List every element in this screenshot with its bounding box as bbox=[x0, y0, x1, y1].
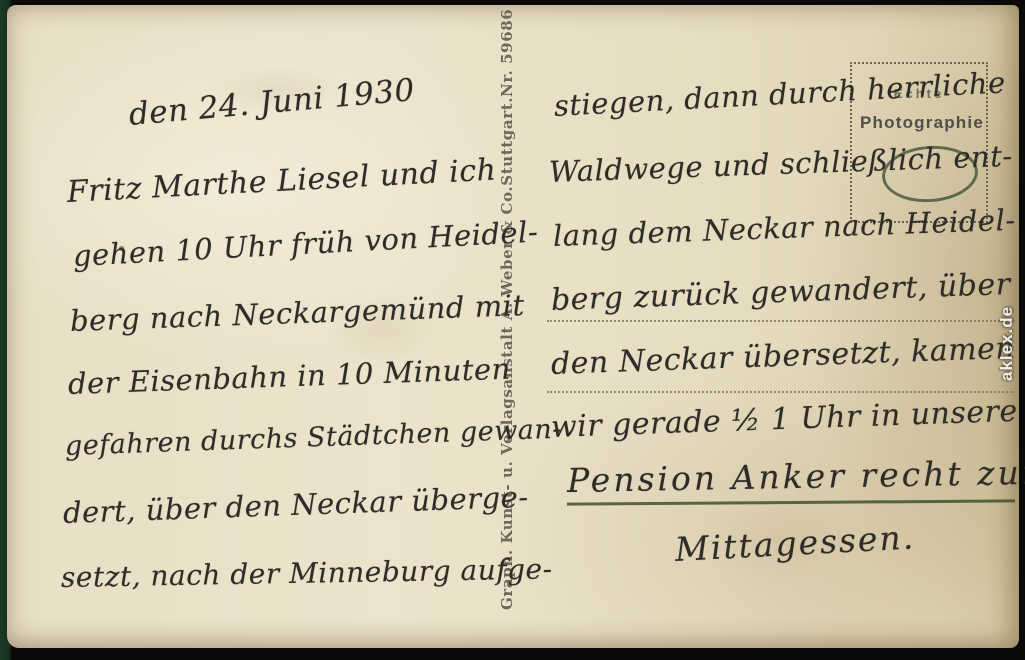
message-line-right-4: berg zurück gewandert, über bbox=[550, 267, 1011, 318]
message-line-left-3: berg nach Neckargemünd mit bbox=[69, 288, 525, 338]
message-line-left-1: Fritz Marthe Liesel und ich bbox=[66, 153, 497, 210]
address-line-1 bbox=[547, 320, 1015, 322]
message-line-right-6: wir gerade ½ 1 Uhr in unsere bbox=[550, 394, 1018, 445]
message-line-left-2: gehen 10 Uhr früh von Heidel- bbox=[72, 215, 539, 273]
publisher-number: Nr. 59686 bbox=[498, 9, 516, 97]
message-line-left-5: gefahren durchs Städtchen gewan- bbox=[64, 414, 562, 462]
message-line-left-7: setzt, nach der Minneburg aufge- bbox=[61, 552, 553, 594]
message-line-right-7: Pension Anker recht zum bbox=[567, 452, 1025, 500]
publisher-city: Stuttgart. bbox=[498, 97, 516, 186]
scan-background: Echte Photographie Graph. Kunst- u. Verl… bbox=[0, 0, 1025, 660]
message-line-right-5: den Neckar übersetzt, kamen bbox=[550, 331, 1015, 382]
message-line-left-6: dert, über den Neckar überge- bbox=[62, 480, 529, 530]
message-line-right-3: lang dem Neckar nach Heidel- bbox=[552, 203, 1016, 253]
postcard: Echte Photographie Graph. Kunst- u. Verl… bbox=[7, 5, 1019, 648]
address-line-2 bbox=[547, 391, 1015, 393]
watermark: aklex.de bbox=[997, 291, 1017, 381]
publisher-imprint: Graph. Kunst- u. Verlagsanstalt A. Weber… bbox=[494, 60, 524, 610]
stamp-box-label-photographie: Photographie bbox=[850, 113, 994, 133]
message-line-left-4: der Eisenbahn in 10 Minuten bbox=[67, 352, 511, 401]
